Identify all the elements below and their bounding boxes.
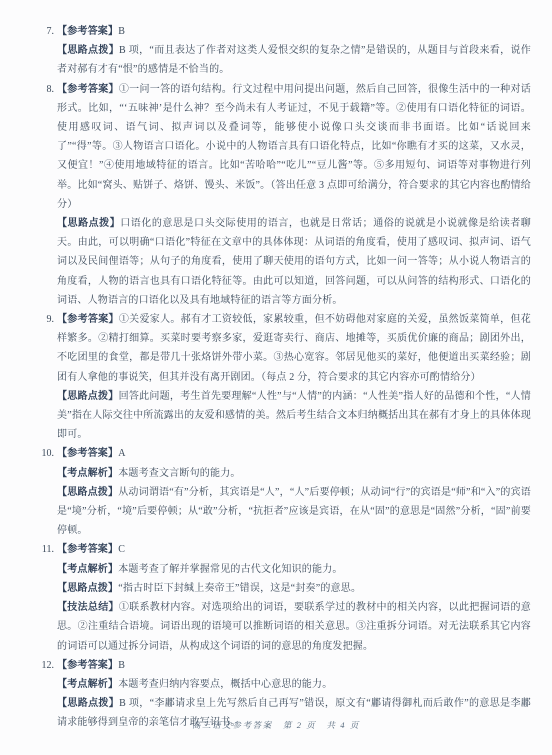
item-number: 7. [27, 22, 57, 41]
section-text: ①联系教材内容。对选项给出的词语，要联系学过的教材中的相关内容，以此把握词语的意… [57, 602, 531, 651]
item-number: 12. [27, 656, 57, 675]
section-label: 【考点解析】 [57, 679, 118, 690]
section-text: B 项，“而且表达了作者对这类人爱恨交织的复杂之情”是错误的，从题目与首段来看，… [57, 45, 531, 75]
section-label: 【思路点拨】 [57, 391, 119, 402]
answer-item-10: 10.【参考答案】A 【考点解析】本题考查文言断句的能力。 【思路点拨】从动词谓… [57, 444, 531, 540]
section-text: ①关爱家人。郝有才工资较低，家累较重，但不妨碍他对家庭的关爱，虽然饭菜简单，但花… [57, 314, 531, 383]
section-text: “指古时臣下封缄上奏帝王”错误，这是“封奏”的意思。 [118, 583, 361, 594]
section-exam-point: 【考点解析】本题考查了解并掌握常见的古代文化知识的能力。 [57, 560, 531, 579]
section-label: 【参考答案】 [57, 544, 118, 555]
answer-item-11: 11.【参考答案】C 【考点解析】本题考查了解并掌握常见的古代文化知识的能力。 … [57, 540, 531, 655]
section-text: 本题考查文言断句的能力。 [118, 468, 240, 479]
section-reference-answer: 12.【参考答案】B [57, 656, 531, 675]
section-label: 【思路点拨】 [57, 583, 118, 594]
page-footer: 高三语文参考答案 第 2 页 共 4 页 [0, 719, 552, 731]
answer-item-9: 9.【参考答案】①关爱家人。郝有才工资较低，家累较重，但不妨碍他对家庭的关爱，虽… [57, 310, 531, 444]
section-reference-answer: 7.【参考答案】B [57, 22, 531, 41]
section-text: B [118, 660, 125, 671]
section-exam-point: 【考点解析】本题考查归纳内容要点，概括中心意思的能力。 [57, 675, 531, 694]
section-technique-summary: 【技法总结】①联系教材内容。对选项给出的词语，要联系学过的教材中的相关内容，以此… [57, 598, 531, 656]
section-text: 本题考查归纳内容要点，概括中心意思的能力。 [118, 679, 332, 690]
section-reference-answer: 8.【参考答案】①一问一答的语句结构。行文过程中用问提出问题，然后自己回答，很像… [57, 80, 531, 214]
section-label: 【参考答案】 [57, 660, 118, 671]
section-reference-answer: 9.【参考答案】①关爱家人。郝有才工资较低，家累较重，但不妨碍他对家庭的关爱，虽… [57, 310, 531, 387]
section-label: 【思路点拨】 [57, 487, 118, 498]
section-thinking-tips: 【思路点拨】从动词谓语“有”分析，其宾语是“人”，“人”后要停顿；从动词“行”的… [57, 483, 531, 541]
section-text: 口语化的意思是口头交际使用的语言，也就是日常话；通俗的说就是小说就像是给读者聊天… [57, 218, 531, 306]
section-label: 【技法总结】 [57, 602, 119, 613]
section-text: C [118, 544, 125, 555]
section-label: 【考点解析】 [57, 564, 118, 575]
section-text: B [118, 26, 125, 37]
section-label: 【思路点拨】 [57, 698, 119, 709]
item-number: 8. [27, 80, 57, 99]
answer-key-page: 7.【参考答案】B 【思路点拨】B 项，“而且表达了作者对这类人爱恨交织的复杂之… [0, 0, 552, 755]
section-label: 【思路点拨】 [57, 218, 120, 229]
section-label: 【思路点拨】 [57, 45, 119, 56]
section-label: 【参考答案】 [57, 314, 119, 325]
section-text: 回答此问题，考生首先要理解“人性”与“人情”的内涵：“人性美”指人好的品德和个性… [57, 391, 531, 440]
section-thinking-tips: 【思路点拨】“指古时臣下封缄上奏帝王”错误，这是“封奏”的意思。 [57, 579, 531, 598]
section-thinking-tips: 【思路点拨】回答此问题，考生首先要理解“人性”与“人情”的内涵：“人性美”指人好… [57, 387, 531, 445]
section-label: 【参考答案】 [57, 448, 118, 459]
section-text: ①一问一答的语句结构。行文过程中用问提出问题，然后自己回答，很像生活中的一种对话… [57, 84, 531, 210]
section-reference-answer: 10.【参考答案】A [57, 444, 531, 463]
section-thinking-tips: 【思路点拨】口语化的意思是口头交际使用的语言，也就是日常话；通俗的说就是小说就像… [57, 214, 531, 310]
section-label: 【考点解析】 [57, 468, 118, 479]
section-label: 【参考答案】 [57, 84, 119, 95]
answer-item-7: 7.【参考答案】B 【思路点拨】B 项，“而且表达了作者对这类人爱恨交织的复杂之… [57, 22, 531, 80]
section-exam-point: 【考点解析】本题考查文言断句的能力。 [57, 464, 531, 483]
footer-text: 高三语文参考答案 第 2 页 共 4 页 [192, 720, 360, 730]
section-reference-answer: 11.【参考答案】C [57, 540, 531, 559]
answers-list: 7.【参考答案】B 【思路点拨】B 项，“而且表达了作者对这类人爱恨交织的复杂之… [57, 22, 531, 733]
item-number: 9. [27, 310, 57, 329]
item-number: 10. [27, 444, 57, 463]
section-text: A [118, 448, 125, 459]
section-text: 本题考查了解并掌握常见的古代文化知识的能力。 [118, 564, 342, 575]
section-text: 从动词谓语“有”分析，其宾语是“人”，“人”后要停顿；从动词“行”的宾语是“师”… [57, 487, 531, 536]
item-number: 11. [27, 540, 57, 559]
answer-item-8: 8.【参考答案】①一问一答的语句结构。行文过程中用问提出问题，然后自己回答，很像… [57, 80, 531, 310]
section-label: 【参考答案】 [57, 26, 118, 37]
section-thinking-tips: 【思路点拨】B 项，“而且表达了作者对这类人爱恨交织的复杂之情”是错误的，从题目… [57, 41, 531, 79]
